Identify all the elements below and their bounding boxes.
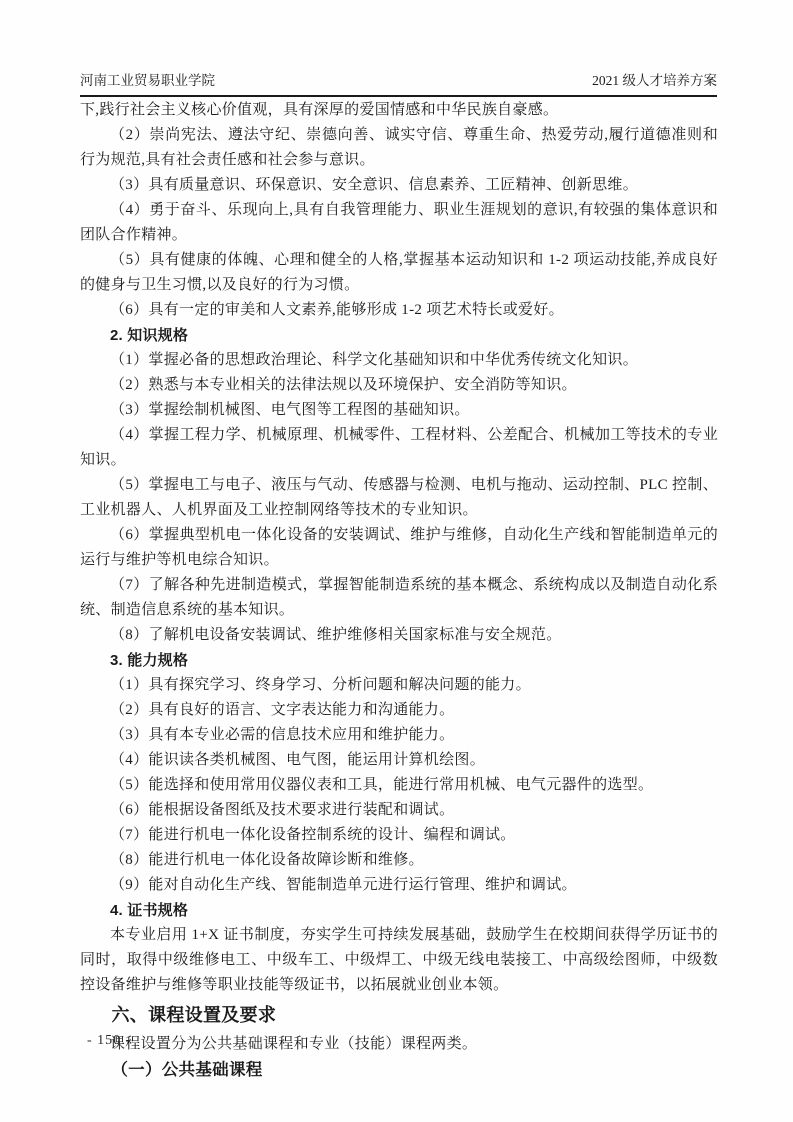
paragraph: （3）掌握绘制机械图、电气图等工程图的基础知识。 [80,398,718,423]
paragraph: （3）具有质量意识、环保意识、安全意识、信息素养、工匠精神、创新思维。 [80,173,718,198]
paragraph: （5）掌握电工与电子、液压与气动、传感器与检测、电机与拖动、运动控制、PLC 控… [80,473,718,523]
paragraph: （7）能进行机电一体化设备控制系统的设计、编程和调试。 [80,823,718,848]
subsection-heading: 4. 证书规格 [80,898,718,923]
paragraph: （6）掌握典型机电一体化设备的安装调试、维护与维修，自动化生产线和智能制造单元的… [80,523,718,573]
subsection-title: （一）公共基础课程 [80,1057,718,1084]
paragraph: （2）崇尚宪法、遵法守纪、崇德向善、诚实守信、尊重生命、热爱劳动,履行道德准则和… [80,123,718,173]
document-body: 下,践行社会主义核心价值观，具有深厚的爱国情感和中华民族自豪感。（2）崇尚宪法、… [80,98,718,1084]
paragraph: （1）掌握必备的思想政治理论、科学文化基础知识和中华优秀传统文化知识。 [80,348,718,373]
page-header: 河南工业贸易职业学院 2021 级人才培养方案 [80,72,717,97]
paragraph: （8）了解机电设备安装调试、维护维修相关国家标准与安全规范。 [80,623,718,648]
header-doc-title: 2021 级人才培养方案 [592,72,717,90]
subsection-heading: 3. 能力规格 [80,648,718,673]
paragraph: （2）熟悉与本专业相关的法律法规以及环境保护、安全消防等知识。 [80,373,718,398]
section-heading: 六、课程设置及要求 [80,1000,718,1031]
paragraph: （1）具有探究学习、终身学习、分析问题和解决问题的能力。 [80,673,718,698]
paragraph-continuation: 下,践行社会主义核心价值观，具有深厚的爱国情感和中华民族自豪感。 [80,98,718,123]
paragraph: （4）能识读各类机械图、电气图，能运用计算机绘图。 [80,748,718,773]
paragraph: 本专业启用 1+X 证书制度，夯实学生可持续发展基础，鼓励学生在校期间获得学历证… [80,923,718,998]
paragraph: （5）能选择和使用常用仪器仪表和工具，能进行常用机械、电气元器件的选型。 [80,773,718,798]
document-page: 河南工业贸易职业学院 2021 级人才培养方案 下,践行社会主义核心价值观，具有… [0,0,793,1122]
paragraph: （9）能对自动化生产线、智能制造单元进行运行管理、维护和调试。 [80,873,718,898]
paragraph: （4）勇于奋斗、乐现向上,具有自我管理能力、职业生涯规划的意识,有较强的集体意识… [80,198,718,248]
paragraph: （3）具有本专业必需的信息技术应用和维护能力。 [80,723,718,748]
paragraph: 课程设置分为公共基础课程和专业（技能）课程两类。 [80,1032,718,1057]
paragraph: （7）了解各种先进制造模式，掌握智能制造系统的基本概念、系统构成以及制造自动化系… [80,573,718,623]
paragraph: （4）掌握工程力学、机械原理、机械零件、工程材料、公差配合、机械加工等技术的专业… [80,423,718,473]
page-number: - 150 - [87,1033,131,1049]
paragraph: （2）具有良好的语言、文字表达能力和沟通能力。 [80,698,718,723]
paragraph: （8）能进行机电一体化设备故障诊断和维修。 [80,848,718,873]
paragraph: （5）具有健康的体魄、心理和健全的人格,掌握基本运动知识和 1-2 项运动技能,… [80,248,718,298]
subsection-heading: 2. 知识规格 [80,323,718,348]
paragraph: （6）能根据设备图纸及技术要求进行装配和调试。 [80,798,718,823]
paragraph: （6）具有一定的审美和人文素养,能够形成 1-2 项艺术特长或爱好。 [80,298,718,323]
header-school-name: 河南工业贸易职业学院 [80,72,215,90]
